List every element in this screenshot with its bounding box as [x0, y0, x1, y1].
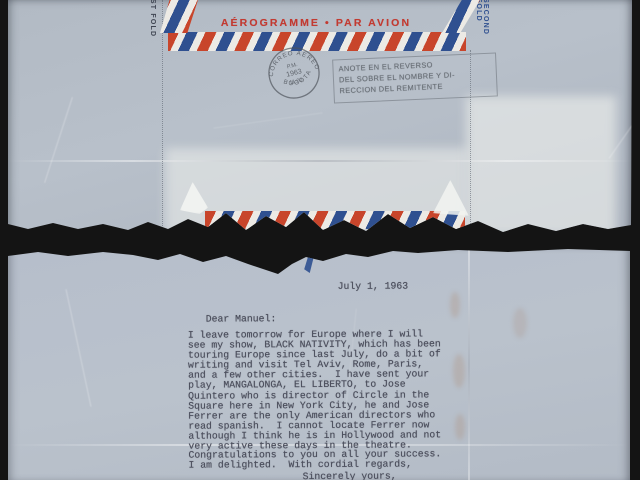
letter-date: July 1, 1963: [338, 282, 409, 292]
postal-instruction-stamp: ANOTE EN EL REVERSO DEL SOBRE EL NOMBRE …: [332, 52, 498, 103]
torn-stripe-remnant: [295, 253, 303, 259]
fold-crease: [8, 160, 632, 162]
letter-scan-panel: July 1, 1963 Dear Manuel: I leave tomorr…: [8, 248, 630, 480]
typed-letter: July 1, 1963 Dear Manuel: I leave tomorr…: [7, 246, 630, 480]
second-fold-label: SECOND FOLD: [475, 0, 489, 44]
letter-body-paragraph-2: Congratulations to you on all your succe…: [188, 449, 441, 471]
paper-wrinkle: [44, 97, 73, 183]
aerogramme-title: AÉROGRAMME • PAR AVION: [163, 17, 469, 29]
letter-salutation: Dear Manuel:: [206, 314, 277, 324]
airmail-stripe-border-bottom: [205, 211, 465, 229]
letter-closing: Sincerely yours,: [303, 472, 397, 480]
aerogramme-scan-panel: FIRST FOLD SECOND FOLD AÉROGRAMME • PAR …: [8, 0, 632, 236]
paper-wrinkle: [213, 112, 322, 128]
first-fold-label: FIRST FOLD: [149, 0, 156, 42]
first-fold-line: [162, 0, 163, 232]
torn-white-underlayer: [466, 96, 616, 236]
letter-body-paragraph-1: I leave tomorrow for Europe where I will…: [188, 329, 441, 451]
